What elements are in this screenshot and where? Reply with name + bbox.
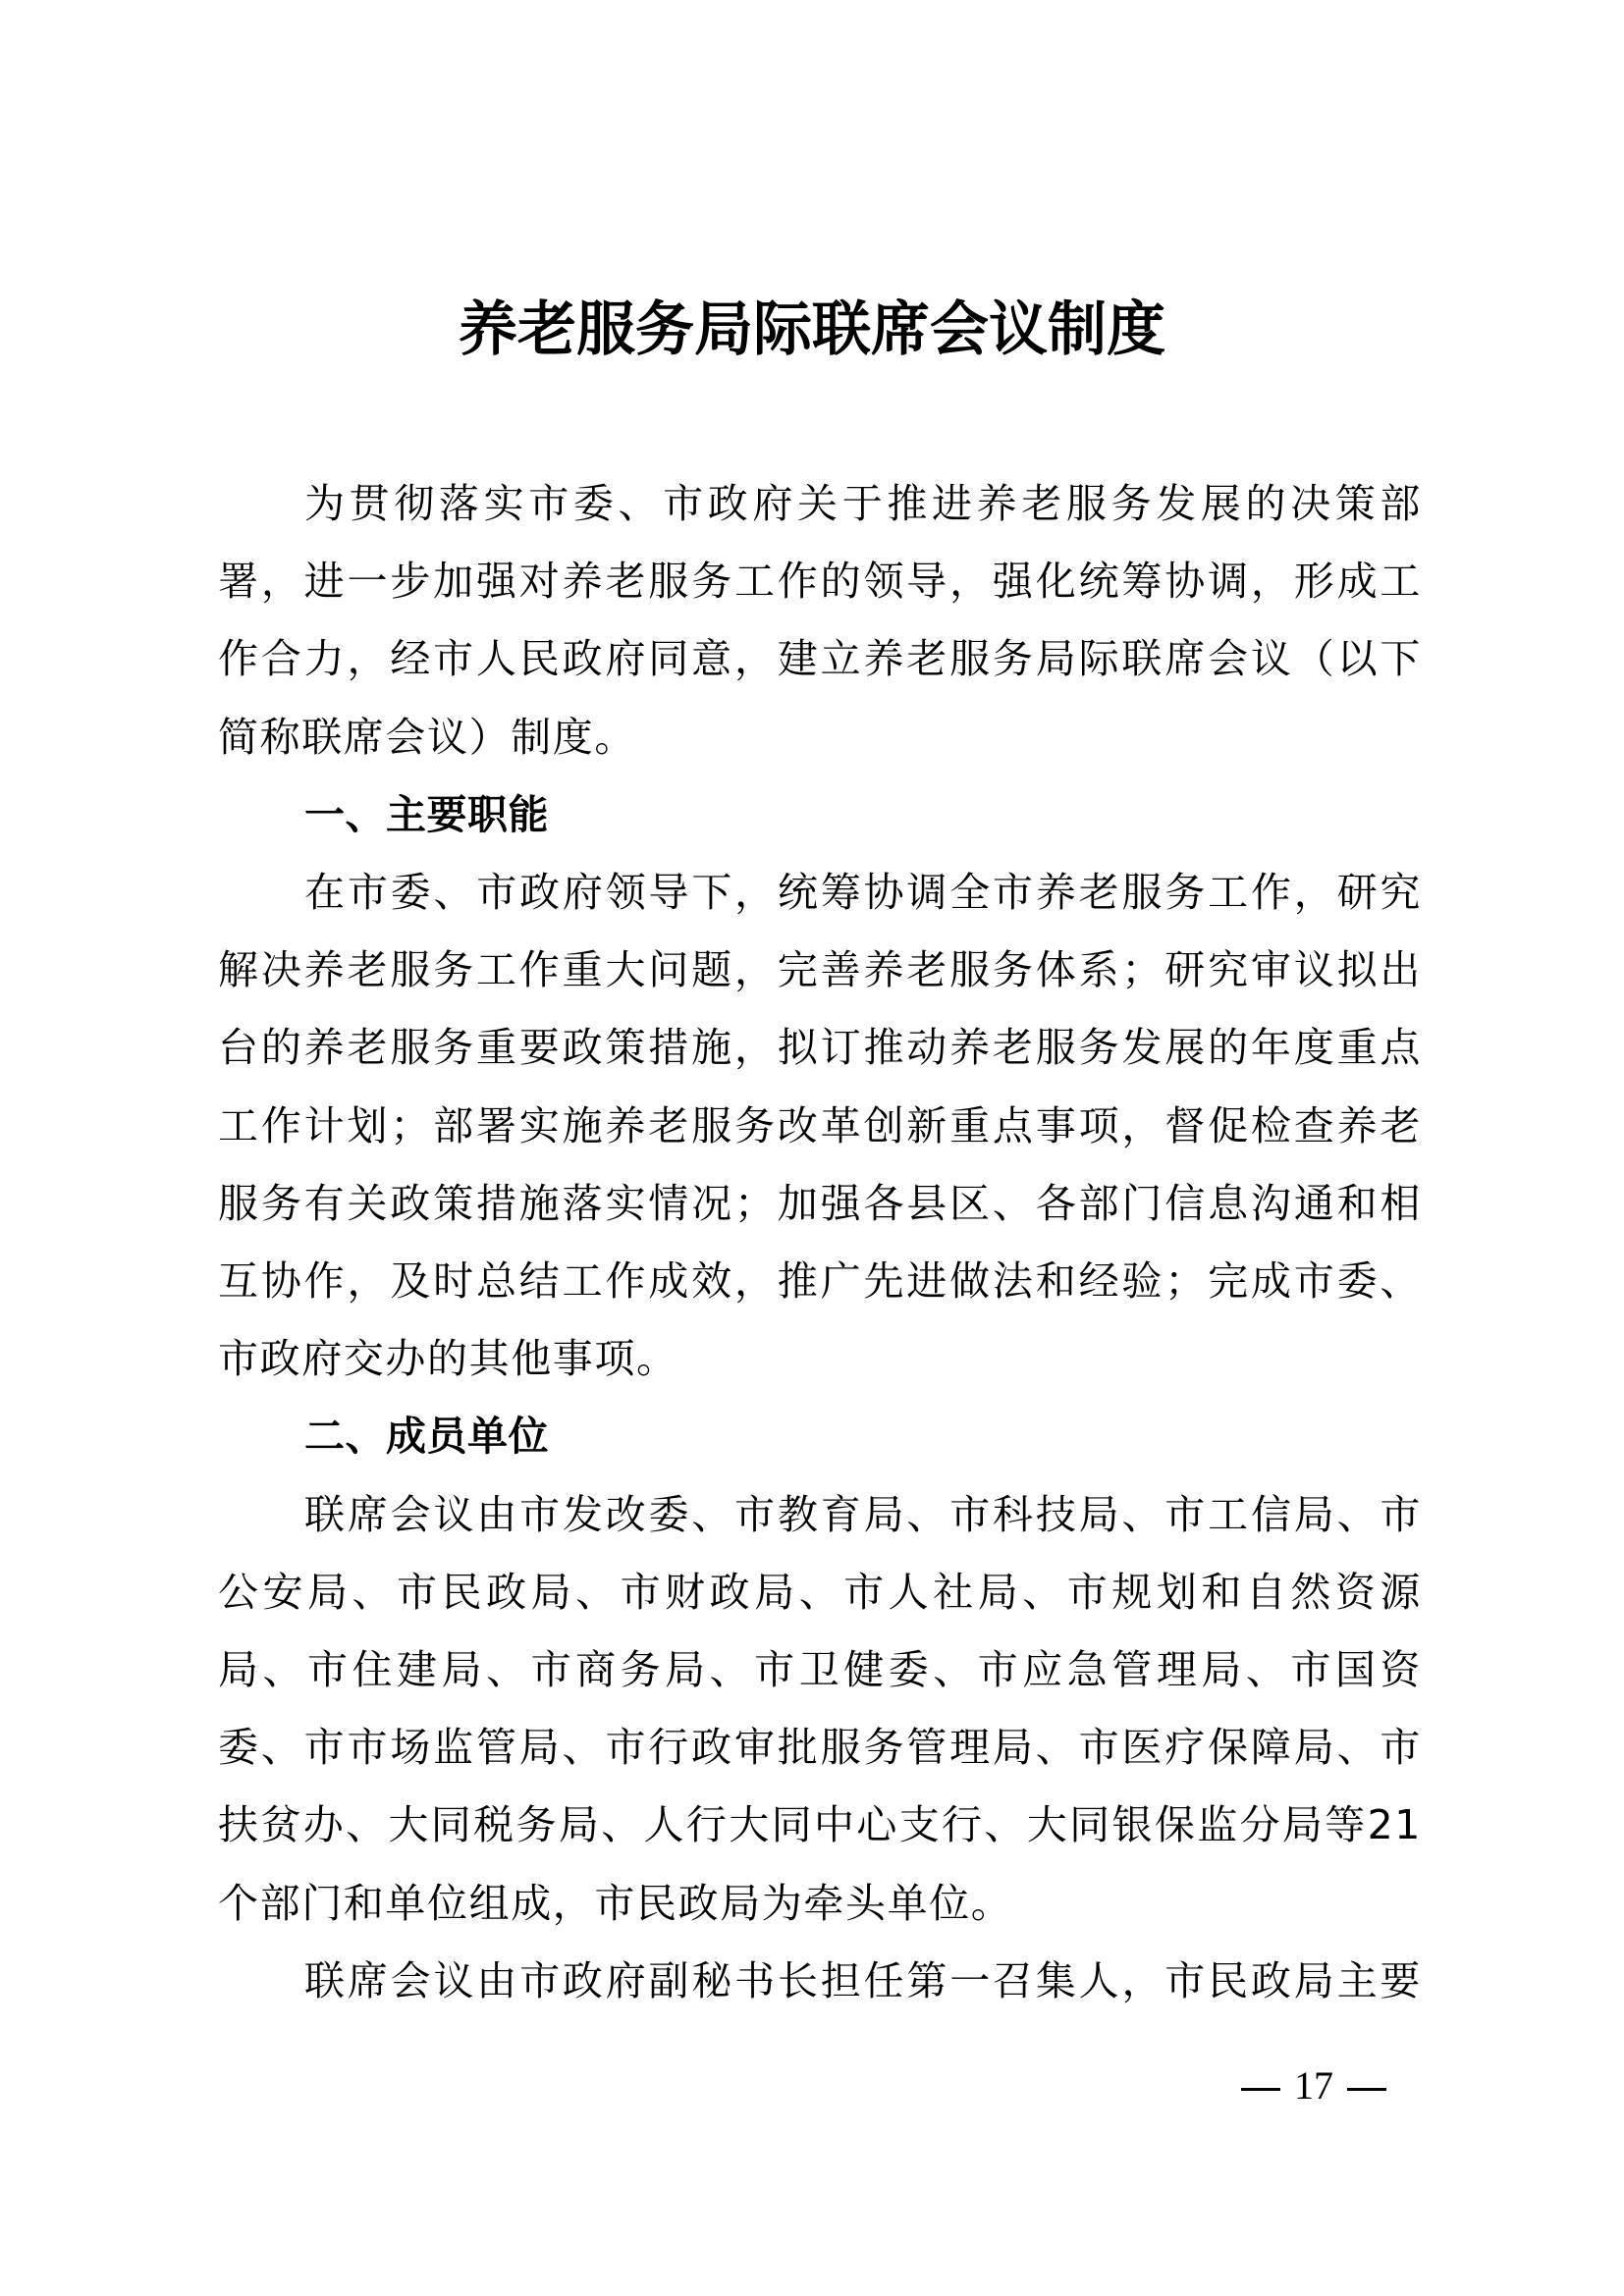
document-title: 养老服务局际联席会议制度 xyxy=(0,294,1624,365)
convener-paragraph: 联席会议由市政府副秘书长担任第一召集人，市民政局主要 xyxy=(218,1943,1422,2020)
member-units-paragraph: 联席会议由市发改委、市教育局、市科技局、市工信局、市公安局、市民政局、市财政局、… xyxy=(218,1476,1422,1943)
page-number-value: 17 xyxy=(1294,2063,1333,2108)
section-heading-member-units: 二、成员单位 xyxy=(218,1398,1422,1475)
document-body: 为贯彻落实市委、市政府关于推进养老服务发展的决策部署，进一步加强对养老服务工作的… xyxy=(218,465,1422,2020)
dash-left xyxy=(1241,2088,1280,2091)
document-page: 养老服务局际联席会议制度 为贯彻落实市委、市政府关于推进养老服务发展的决策部署，… xyxy=(0,0,1624,2296)
main-functions-paragraph: 在市委、市政府领导下，统筹协调全市养老服务工作，研究解决养老服务工作重大问题，完… xyxy=(218,854,1422,1398)
intro-paragraph: 为贯彻落实市委、市政府关于推进养老服务发展的决策部署，进一步加强对养老服务工作的… xyxy=(218,465,1422,776)
section-heading-main-functions: 一、主要职能 xyxy=(218,776,1422,854)
dash-right xyxy=(1347,2088,1386,2091)
page-number: 17 xyxy=(1227,2061,1394,2110)
